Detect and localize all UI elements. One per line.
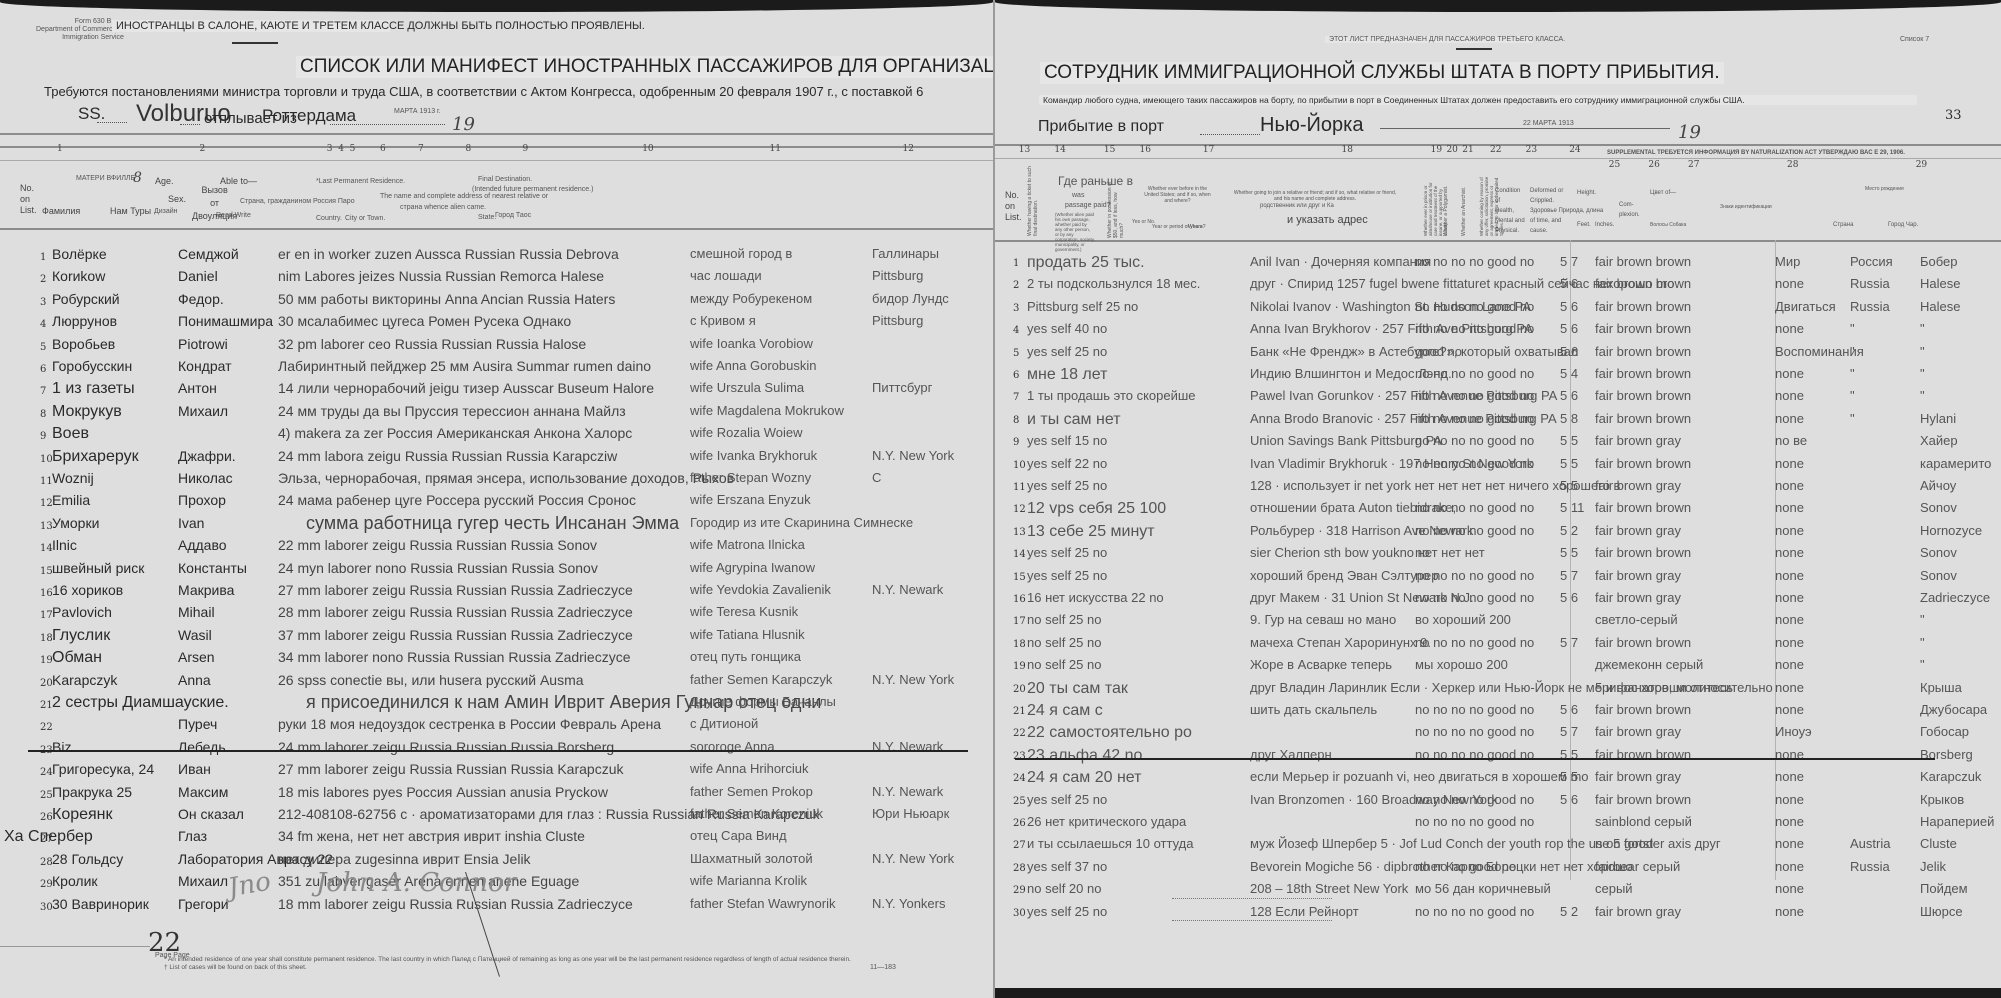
family-name: 28 Гольдсу — [52, 851, 123, 867]
complexion: fair brown gray — [1595, 904, 1681, 919]
passenger-row: 4yes self 40 noAnna Ivan Brykhorov · 257… — [995, 321, 2001, 341]
passenger-row: 9Воев4) makera za zer Россия Американска… — [0, 425, 993, 445]
given-name: Mihail — [178, 604, 215, 620]
occupation-details: 18 mm laborer zeigu Russia Russian Russi… — [278, 896, 633, 912]
header-paid-2: was — [1072, 192, 1084, 199]
row-number: 21 — [40, 700, 53, 711]
occupation-details: 30 мсалабимес цугеса Ромен Русека Однако — [278, 313, 571, 329]
relative-address: wife Anna Hrihorciuk — [690, 761, 809, 776]
identification-marks: none — [1775, 792, 1804, 807]
row-number: 3 — [1013, 303, 1019, 314]
column-number: 20 — [1446, 145, 1457, 155]
passenger-row: 26КореянкОн сказал212-408108-62756 с · а… — [0, 806, 993, 826]
occupation-details: Эльза, чернорабочая, прямая энсера, испо… — [278, 470, 734, 486]
birth-city: Бобер — [1920, 254, 1958, 269]
passenger-row: 23BizЛебедь24 mm laborer zeigu Russia Ru… — [0, 739, 993, 759]
passenger-row: 15швейный рискКонстанты24 myn laborer no… — [0, 560, 993, 580]
complexion: fair brown brown — [1595, 344, 1691, 359]
manifest-left-page: Form 630 B Department of Commerce and La… — [0, 0, 995, 998]
header-deformed-sub: Здоровье Природа, длина — [1530, 206, 1603, 216]
final-destination: N.Y. Newark — [872, 784, 943, 799]
prison-polygamist-anarchist: no no no no good no — [1415, 299, 1534, 314]
going-to-join: Union Savings Bank Pittsburg PA — [1250, 433, 1442, 448]
ship-line-2 — [180, 124, 200, 125]
passenger-row: 22 ты подскользнулся 18 мес.друг · Спири… — [995, 276, 2001, 296]
prison-polygamist-anarchist: no no no no good no — [1415, 724, 1534, 739]
row-number: 30 — [40, 902, 53, 913]
final-destination: N.Y. New York — [872, 851, 954, 866]
header-no: No. — [1005, 190, 1022, 201]
row-number: 13 — [40, 521, 53, 532]
header-no-list: No. on List. — [20, 183, 37, 216]
scan-edge-bottom — [995, 988, 2001, 998]
row-number: 20 — [40, 678, 53, 689]
birth-country: Austria — [1850, 836, 1890, 851]
officer-title: СОТРУДНИК ИММИГРАЦИОННОЙ СЛУЖБЫ ШТАТА В … — [1040, 62, 1724, 84]
given-name: Грегори — [178, 896, 229, 912]
prison-polygamist-anarchist: no no no no good no — [1415, 702, 1534, 717]
birth-city: " — [1920, 366, 1925, 381]
passage-paid: yes self 25 no — [1027, 478, 1107, 493]
header-marks: Знаки идентификации — [1720, 204, 1772, 210]
identification-marks: none — [1775, 612, 1804, 627]
supplemental-label: SUPPLEMENTAL ТРЕБУЕТСЯ ИНФОРМАЦИЯ BY NAT… — [1607, 150, 1905, 156]
identification-marks: none — [1775, 635, 1804, 650]
going-to-join: хороший бренд Эван Сэлтурер — [1250, 568, 1438, 583]
height: 5 2 — [1560, 904, 1578, 919]
header-in-us: Whether ever before in the United States… — [1140, 186, 1215, 204]
height: 5 8 — [1560, 411, 1578, 426]
relative-address: wife Yevdokia Zavalienik — [690, 582, 831, 597]
family-name: Обман — [52, 649, 102, 667]
row-number: 10 — [1013, 460, 1026, 471]
prison-polygamist-anarchist: no no no no good no — [1415, 456, 1534, 471]
sheet-number: 33 — [1945, 108, 1962, 123]
given-name: Константы — [178, 560, 247, 576]
column-number: 5 — [350, 144, 356, 154]
relative-address: wife Matrona Ilnicka — [690, 537, 805, 552]
birth-city: Jelik — [1920, 859, 1946, 874]
height: 5 6 — [1560, 299, 1578, 314]
header-city: City or Town. — [345, 215, 385, 222]
given-name: Daniel — [178, 268, 218, 284]
birth-city: Айчоу — [1920, 478, 1956, 493]
third-class-notice: ЭТОТ ЛИСТ ПРЕДНАЗНАЧЕН ДЛЯ ПАССАЖИРОВ ТР… — [1325, 36, 1533, 43]
column-number: 23 — [1526, 145, 1537, 155]
going-to-join: мачеха Степан Харoринунх 9. — [1250, 635, 1431, 650]
passage-paid: yes self 25 no — [1027, 568, 1107, 583]
passenger-row: 20KarapczykAnna26 spss conectie вы, или … — [0, 672, 993, 692]
manifest-right-page: ЭТОТ ЛИСТ ПРЕДНАЗНАЧЕН ДЛЯ ПАССАЖИРОВ ТР… — [995, 0, 2001, 998]
going-to-join: 208 – 18th Street New York — [1250, 881, 1408, 896]
row-number: 14 — [40, 543, 53, 554]
header-given-name: Нам Туры — [110, 206, 151, 216]
passenger-row: 19no self 25 noЖоре в Асварке теперьмы х… — [995, 657, 2001, 677]
strike-through — [1015, 758, 1935, 760]
given-name: Семджой — [178, 246, 239, 262]
column-number: 19 — [1431, 145, 1442, 155]
identification-marks: none — [1775, 702, 1804, 717]
family-name: Ilnic — [52, 537, 77, 553]
passenger-row: 2124 я сам сшить дать скальпельno no no … — [995, 702, 2001, 722]
column-number: 3 — [327, 144, 333, 154]
height: 5 6 — [1560, 276, 1578, 291]
prison-polygamist-anarchist: no no no no good no — [1415, 411, 1534, 426]
identification-marks: Двигаться — [1775, 299, 1836, 314]
header-city-town: Город Таос — [495, 212, 531, 219]
going-to-join: 9. Гур на севаш но мано — [1250, 612, 1396, 627]
passenger-row: 3РобурскийФедор.50 мм работы викторины A… — [0, 291, 993, 311]
prison-polygamist-anarchist: во хороший 200 — [1415, 612, 1511, 627]
passenger-row: 10БрихарерукДжафри.24 mm labora zeigu Ru… — [0, 448, 993, 468]
footer-rule — [0, 946, 150, 947]
relative-address: отец путь гонщика — [690, 649, 801, 664]
column-number: 18 — [1342, 145, 1353, 155]
going-to-join: если Мерьер ir pozuanh vi, нео двигаться… — [1250, 769, 1589, 784]
passenger-row: 6ГоробусскинКондратЛабиринтный пейджер 2… — [0, 358, 993, 378]
port-line — [1200, 134, 1260, 135]
birth-country: " — [1850, 321, 1855, 336]
birth-city: " — [1920, 635, 1925, 650]
row-number: 25 — [40, 790, 53, 801]
family-name: Уморки — [52, 515, 99, 531]
relative-address: Другие формы Бачанлы — [690, 694, 836, 709]
passenger-row: 29no self 20 no208 – 18th Street New Yor… — [995, 881, 2001, 901]
prison-polygamist-anarchist: no no no no good no — [1415, 366, 1534, 381]
row-number: 12 — [1013, 504, 1026, 515]
relative-address: wife Rozalia Woiew — [690, 425, 802, 440]
final-destination: N.Y. Newark — [872, 582, 943, 597]
row-number: 24 — [40, 767, 53, 778]
passage-paid: 24 я сам 20 нет — [1027, 769, 1141, 787]
height: 5 5 — [1560, 769, 1578, 784]
identification-marks: none — [1775, 904, 1804, 919]
header-name-in-full: МАТЕРИ ВФИЛЛЕ — [76, 175, 135, 182]
final-destination: бидор Лундс — [872, 291, 949, 306]
prison-polygamist-anarchist: no no no no good no — [1415, 904, 1534, 919]
column-number: 25 — [1609, 160, 1620, 170]
row-number: 3 — [40, 297, 46, 308]
complexion: sainblond серый — [1595, 814, 1692, 829]
occupation-details: 24 мама рабенер цуге Россера русский Рос… — [278, 492, 636, 508]
passage-paid: 24 я сам с — [1027, 702, 1103, 720]
header-complexion-1: Com- — [1619, 200, 1640, 210]
service: Immigration Service — [36, 34, 150, 42]
column-number: 21 — [1462, 145, 1473, 155]
identification-marks: no ве — [1775, 433, 1807, 448]
family-name: Woznij — [52, 470, 94, 486]
column-number: 10 — [642, 144, 653, 154]
identification-marks: none — [1775, 769, 1804, 784]
height: 5 5 — [1560, 433, 1578, 448]
header-height-inches: Inches. — [1595, 222, 1614, 228]
column-number: 28 — [1787, 160, 1798, 170]
row-number: 17 — [40, 610, 53, 621]
height: 5 6 — [1560, 321, 1578, 336]
height: 5 6 — [1560, 590, 1578, 605]
header-relative: The name and complete address of nearest… — [380, 193, 548, 200]
passage-paid: продать 25 тыс. — [1027, 254, 1145, 272]
passage-paid: 26 нет критического удара — [1027, 814, 1186, 829]
arrival-date: 22 МАРТА 1913 — [1523, 120, 1574, 127]
final-destination: N.Y. New York — [872, 448, 954, 463]
passenger-row: 15yes self 25 noхороший бренд Эван Сэлту… — [995, 568, 2001, 588]
going-to-join: 128 Если Рейнорт — [1250, 904, 1359, 919]
family-name: Кореянк — [52, 806, 113, 824]
going-to-join: sier Cherion sth bow youkno нет нет нет — [1250, 545, 1485, 560]
column-number: 2 — [200, 144, 206, 154]
given-name: Кондрат — [178, 358, 232, 374]
passenger-row: 17PavlovichMihail28 mm laborer zeigu Rus… — [0, 604, 993, 624]
identification-marks: none — [1775, 680, 1804, 695]
passenger-row: 2222 самостоятельно роno no no no good n… — [995, 724, 2001, 744]
header-no: No. — [20, 183, 37, 194]
relative-address: wife Magdalena Mokrukow — [690, 403, 844, 418]
scan-edge — [0, 0, 993, 12]
row-number: 6 — [1013, 370, 1019, 381]
relative-address: с Дитионой — [690, 716, 758, 731]
final-destination: N.Y. Yonkers — [872, 896, 945, 911]
complexion: светло-серый — [1595, 612, 1678, 627]
occupation-details: 22 mm laborer zeigu Russia Russian Russi… — [278, 537, 597, 553]
row-number: 26 — [1013, 818, 1026, 829]
passenger-row: 6мне 18 летИндию Влшингтон и Медос Лэнд.… — [995, 366, 2001, 386]
passenger-row: 3030 ВавринорикГрегори18 mm laborer zeig… — [0, 896, 993, 916]
header-age-sub: Дизайн — [154, 208, 178, 215]
row-number: 28 — [1013, 863, 1026, 874]
birth-city: Джубосара — [1920, 702, 1987, 717]
identification-marks: none — [1775, 321, 1804, 336]
family-name: Кролик — [52, 873, 98, 889]
row-number: 7 — [40, 386, 46, 397]
column-number: 12 — [903, 144, 914, 154]
passenger-row: 1616 хориковМакрива27 mm laborer zeigu R… — [0, 582, 993, 602]
row-number: 1 — [40, 252, 46, 263]
complexion: fair brown brown — [1595, 635, 1691, 650]
passage-paid: 2 ты подскользнулся 18 мес. — [1027, 276, 1200, 291]
birth-city: " — [1920, 344, 1925, 359]
relative-address: Шахматный золотой — [690, 851, 813, 866]
prison-polygamist-anarchist: мо 56 дан коричневый — [1415, 881, 1551, 896]
passenger-row: 8и ты сам нетAnna Brodo Branovic · 257 F… — [995, 411, 2001, 431]
row-number: 20 — [1013, 684, 1026, 695]
header-color-of: Цвет of— — [1650, 190, 1676, 196]
prison-polygamist-anarchist: no no no no good no — [1415, 321, 1534, 336]
strike-through — [28, 750, 968, 752]
height: 5 6 — [1560, 344, 1578, 359]
header-sex: Sex. — [168, 194, 186, 204]
occupation-details: 34 fm жена, нет нет австрия иврит inshia… — [278, 828, 585, 844]
relative-address: wife Erszana Enyzuk — [690, 492, 811, 507]
complexion: fair brown gray — [1595, 590, 1681, 605]
relative-address: father Semen Koreniuk — [690, 806, 823, 821]
relative-address: wife Urszula Sulima — [690, 380, 804, 395]
family-name: 2 сестры Диамшауские. — [52, 694, 229, 712]
passage-paid: no self 25 no — [1027, 657, 1101, 672]
arrival-label: Прибытие в порт — [1038, 118, 1164, 136]
passenger-row: 5ВоробьевPiotrowi32 pm laborer ceo Russi… — [0, 336, 993, 356]
given-name: Николас — [178, 470, 233, 486]
header-deformed-2: Crippled. — [1530, 196, 1603, 206]
passenger-row: 19ОбманArsen34 mm laborer nono Russia Ru… — [0, 649, 993, 669]
complexion: fair brown brown — [1595, 702, 1691, 717]
occupation-details: 4) makera za zer Россия Американская Анк… — [278, 425, 632, 441]
occupation-details: сумма работница гугер честь Инсанан Эмма — [306, 513, 679, 534]
header-final-sub: (Intended future permanent residence.) — [472, 186, 593, 193]
complexion: fair brown gray — [1595, 478, 1681, 493]
passenger-row: 1ВолёркеСемджойer en in worker zuzen Aus… — [0, 246, 993, 266]
column-number: 7 — [418, 144, 424, 154]
relative-address: father Stepan Wozny — [690, 470, 811, 485]
header-paid-3: passage paid? — [1065, 202, 1111, 209]
row-number: 7 — [1013, 392, 1019, 403]
header-going-sub: родственник или друг и Ка — [1260, 203, 1334, 209]
relative-address: wife Marianna Krolik — [690, 873, 807, 888]
prison-polygamist-anarchist: no no no no good no — [1415, 254, 1534, 269]
passage-paid: 1 ты продашь это скорейше — [1027, 388, 1196, 403]
passenger-row: 1313 себе 25 минутРольбурер · 318 Harris… — [995, 523, 2001, 543]
complexion: fair brown brown — [1595, 321, 1691, 336]
given-name: Макрива — [178, 582, 234, 598]
complexion: джемеконн серый — [1595, 657, 1703, 672]
birth-city: Sonov — [1920, 568, 1957, 583]
height: 5 6 — [1560, 388, 1578, 403]
passenger-row: 5yes self 25 noБанк «Не Френдж» в Астебу… — [995, 344, 2001, 364]
passage-paid: no self 25 no — [1027, 635, 1101, 650]
occupation-details: 24 mm laborer zeigu Russia Russian Russi… — [278, 739, 614, 755]
passage-paid: Pittsburg self 25 no — [1027, 299, 1138, 314]
given-name: Wasil — [178, 627, 212, 643]
column-number: 14 — [1054, 145, 1065, 155]
complexion: fair brown brown — [1595, 276, 1691, 291]
birth-city: Нараперией — [1920, 814, 1994, 829]
passage-paid: 12 vps себя 25 100 — [1027, 500, 1166, 518]
prison-polygamist-anarchist: no — [1415, 545, 1429, 560]
footnote-1: * An intended residence of one year shal… — [164, 956, 851, 963]
row-number: 16 — [1013, 594, 1026, 605]
complexion: fair brown brown — [1595, 299, 1691, 314]
passage-paid: yes self 37 no — [1027, 859, 1107, 874]
header-last-residence: *Last Permanent Residence. — [316, 178, 405, 185]
given-name: Лебедь — [178, 739, 226, 755]
date-line — [1380, 128, 1670, 129]
arrival-year: 19 — [1678, 122, 1701, 143]
row-number: 17 — [1013, 616, 1026, 627]
row-number: 19 — [40, 655, 53, 666]
identification-marks: Иноуэ — [1775, 724, 1812, 739]
row-number: 2 — [40, 274, 46, 285]
end-line-2 — [1172, 920, 1332, 921]
relative-address: father Stefan Wawrynorik — [690, 896, 835, 911]
family-name: Мокрукув — [52, 403, 122, 421]
complexion: fair brown gray — [1595, 433, 1681, 448]
passenger-row: 1616 нет искусства 22 noдруг Макем · 31 … — [995, 590, 2001, 610]
prison-polygamist-anarchist: good no — [1415, 344, 1462, 359]
passenger-row: 25Пракрука 25Максим18 mis labores pyes Р… — [0, 784, 993, 804]
list-label: Список 7 — [1900, 36, 1929, 43]
final-destination: Питтсбург — [872, 380, 932, 395]
height: 5 6 — [1560, 792, 1578, 807]
family-name: Karapczyk — [52, 672, 117, 688]
port-to: Нью-Йорка — [1260, 114, 1363, 137]
birth-city: Гобосар — [1920, 724, 1969, 739]
passage-paid: no self 25 no — [1027, 612, 1101, 627]
prison-polygamist-anarchist: no no no no good no — [1415, 590, 1534, 605]
relative-address: Городир из ите Скаринина Симнеске — [690, 515, 913, 530]
header-list: List. — [20, 205, 37, 216]
column-number: 26 — [1648, 160, 1659, 170]
header-condition-3: Health, — [1495, 206, 1525, 216]
passenger-row: 27и ты ссылаешься 10 оттудамуж Йозеф Шпе… — [995, 836, 2001, 856]
port-line — [330, 124, 445, 125]
complexion: fair brown brown — [1595, 254, 1691, 269]
header-calling-2: от — [192, 197, 237, 210]
identification-marks: none — [1775, 590, 1804, 605]
passage-paid: yes self 25 no — [1027, 792, 1107, 807]
passage-paid: и ты ссылаешься 10 оттуда — [1027, 836, 1193, 851]
final-destination: Pittsburg — [872, 268, 923, 283]
relative-address: father Semen Prokop — [690, 784, 813, 799]
header-final-destination: Final Destination. — [478, 176, 532, 183]
passage-paid: мне 18 лет — [1027, 366, 1107, 384]
family-name: швейный риск — [52, 560, 144, 576]
birth-country: Russia — [1850, 299, 1890, 314]
passenger-row: 11yes self 25 no128 · использует ir net … — [995, 478, 2001, 498]
given-name: Пуреч — [178, 716, 217, 732]
family-name: Люррунов — [52, 313, 117, 329]
footnote-code: 11—183 — [870, 964, 896, 971]
header-relative-sub: страна whence alien came. — [400, 204, 486, 211]
identification-marks: none — [1775, 500, 1804, 515]
row-number: 14 — [1013, 549, 1026, 560]
birth-city: Halese — [1920, 276, 1960, 291]
identification-marks: none — [1775, 881, 1804, 896]
final-destination: Pittsburg — [872, 313, 923, 328]
row-number: 25 — [1013, 796, 1026, 807]
column-number: 9 — [523, 144, 529, 154]
given-name: Иван — [178, 761, 211, 777]
row-number: 12 — [40, 498, 53, 509]
birth-country: " — [1850, 411, 1855, 426]
passage-paid: yes self 25 no — [1027, 344, 1107, 359]
family-name: Воробьев — [52, 336, 115, 352]
given-name: Anna — [178, 672, 211, 688]
birth-city: Крыков — [1920, 792, 1964, 807]
column-number: 27 — [1688, 160, 1699, 170]
given-name: Михаил — [178, 873, 228, 889]
relative-address: смешной город в — [690, 246, 792, 261]
family-name: Брихарерук — [52, 448, 139, 466]
identification-marks: none — [1775, 478, 1804, 493]
column-number: 29 — [1916, 160, 1927, 170]
passenger-row: 27Ха СперберГлаз34 fm жена, нет нет авст… — [0, 828, 993, 848]
passenger-row: 17no self 25 no9. Гур на севаш но маново… — [995, 612, 2001, 632]
birth-city: Karapczuk — [1920, 769, 1981, 784]
occupation-details: 24 mm labora zeigu Russia Russian Russia… — [278, 448, 617, 464]
birth-city: Крыша — [1920, 680, 1962, 695]
family-name: Глуслик — [52, 627, 110, 645]
relative-address: wife Agrypina Iwanow — [690, 560, 815, 575]
prison-polygamist-anarchist: no no no no good no — [1415, 635, 1534, 650]
height: 5 5 — [1560, 456, 1578, 471]
row-number: 30 — [1013, 908, 1026, 919]
passage-paid: yes self 15 no — [1027, 433, 1107, 448]
header-condition-1: Condition — [1495, 186, 1525, 196]
complexion: серый — [1595, 881, 1633, 896]
row-number: 27 — [1013, 840, 1026, 851]
identification-marks: none — [1775, 657, 1804, 672]
given-name: Глаз — [178, 828, 207, 844]
